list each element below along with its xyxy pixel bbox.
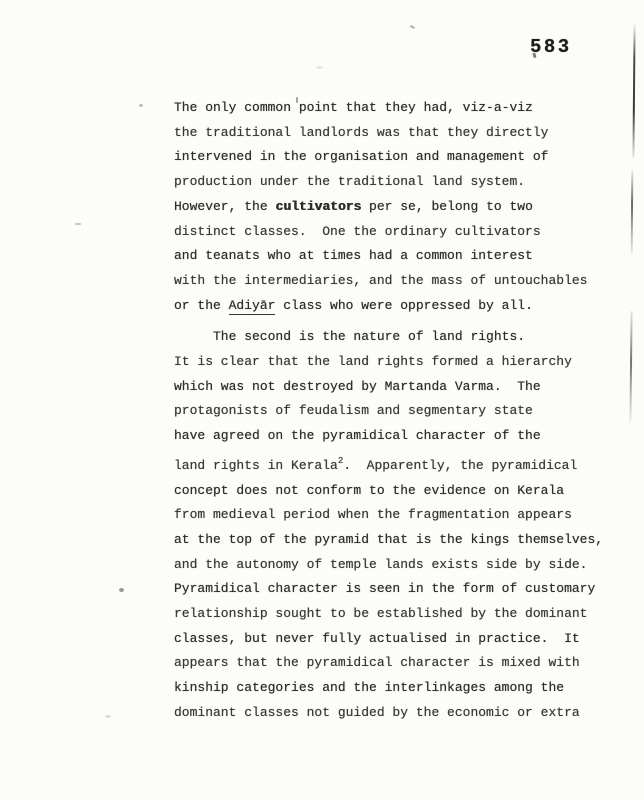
underlined-term: Adiyār bbox=[229, 298, 276, 315]
text-line: and teanats who at times had a common in… bbox=[174, 244, 604, 269]
text-segment: land rights in Kerala bbox=[174, 458, 338, 473]
scan-artifact-line bbox=[632, 24, 635, 158]
text-segment: Pyramidical character is seen in the for… bbox=[174, 581, 595, 596]
text-segment: from medieval period when the fragmentat… bbox=[174, 507, 572, 522]
text-segment: with the intermediaries, and the mass of… bbox=[174, 273, 587, 288]
text-line: land rights in Kerala2. Apparently, the … bbox=[174, 449, 604, 479]
text-segment: The second is the nature of land rights. bbox=[213, 329, 525, 344]
text-line: have agreed on the pyramidical character… bbox=[174, 424, 604, 449]
scan-artifact-line bbox=[631, 170, 633, 254]
text-segment: production under the traditional land sy… bbox=[174, 174, 525, 189]
page-number: 583 bbox=[530, 36, 572, 58]
text-line: intervened in the organisation and manag… bbox=[174, 145, 604, 170]
text-line: However, the cultivators per se, belong … bbox=[174, 195, 604, 220]
text-segment: appears that the pyramidical character i… bbox=[174, 655, 580, 670]
text-line: or the Adiyār class who were oppressed b… bbox=[174, 294, 604, 319]
scan-artifact-line bbox=[629, 311, 632, 423]
text-line: It is clear that the land rights formed … bbox=[174, 350, 604, 375]
scan-speck bbox=[119, 588, 124, 592]
text-segment: and teanats who at times had a common in… bbox=[174, 248, 533, 263]
text-line: from medieval period when the fragmentat… bbox=[174, 503, 604, 528]
text-segment: relationship sought to be established by… bbox=[174, 606, 587, 621]
text-line: dominant classes not guided by the econo… bbox=[174, 701, 604, 726]
text-segment: at the top of the pyramid that is the ki… bbox=[174, 532, 603, 547]
scan-speck bbox=[105, 715, 111, 718]
text-segment: It is clear that the land rights formed … bbox=[174, 354, 572, 369]
text-segment: . Apparently, the pyramidical bbox=[343, 458, 577, 473]
paragraph: The only common point that they had, viz… bbox=[174, 96, 604, 318]
text-segment: intervened in the organisation and manag… bbox=[174, 149, 548, 164]
text-segment: per se, belong to two bbox=[361, 199, 533, 214]
text-segment: The only common point that they had, viz… bbox=[174, 100, 533, 115]
text-segment: or the bbox=[174, 298, 229, 313]
emphasized-text: cultivators bbox=[275, 199, 361, 214]
text-line: protagonists of feudalism and segmentary… bbox=[174, 399, 604, 424]
text-line: which was not destroyed by Martanda Varm… bbox=[174, 375, 604, 400]
text-segment: distinct classes. One the ordinary culti… bbox=[174, 224, 541, 239]
scan-speck bbox=[139, 104, 143, 107]
text-segment: concept does not conform to the evidence… bbox=[174, 483, 564, 498]
text-segment: However, the bbox=[174, 199, 275, 214]
text-line: with the intermediaries, and the mass of… bbox=[174, 269, 604, 294]
paragraph: The second is the nature of land rights.… bbox=[174, 325, 604, 725]
text-segment: kinship categories and the interlinkages… bbox=[174, 680, 564, 695]
text-line: The second is the nature of land rights. bbox=[174, 325, 604, 350]
scan-speck bbox=[75, 223, 81, 225]
scan-speck bbox=[410, 25, 415, 29]
text-line: relationship sought to be established by… bbox=[174, 602, 604, 627]
text-line: classes, but never fully actualised in p… bbox=[174, 627, 604, 652]
text-segment: protagonists of feudalism and segmentary… bbox=[174, 403, 533, 418]
text-line: kinship categories and the interlinkages… bbox=[174, 676, 604, 701]
text-segment: have agreed on the pyramidical character… bbox=[174, 428, 541, 443]
text-segment: the traditional landlords was that they … bbox=[174, 125, 548, 140]
text-line: the traditional landlords was that they … bbox=[174, 121, 604, 146]
text-block: The only common point that they had, viz… bbox=[174, 96, 604, 726]
document-page: 583 The only common point that they had,… bbox=[0, 0, 644, 800]
text-line: The only common point that they had, viz… bbox=[174, 96, 604, 121]
text-line: Pyramidical character is seen in the for… bbox=[174, 577, 604, 602]
text-line: at the top of the pyramid that is the ki… bbox=[174, 528, 604, 553]
text-segment: classes, but never fully actualised in p… bbox=[174, 631, 580, 646]
text-line: appears that the pyramidical character i… bbox=[174, 651, 604, 676]
text-segment: class who were oppressed by all. bbox=[275, 298, 532, 313]
scan-speck bbox=[296, 97, 298, 103]
text-line: concept does not conform to the evidence… bbox=[174, 479, 604, 504]
scan-speck bbox=[316, 66, 323, 69]
text-segment: and the autonomy of temple lands exists … bbox=[174, 557, 587, 572]
text-line: production under the traditional land sy… bbox=[174, 170, 604, 195]
text-line: and the autonomy of temple lands exists … bbox=[174, 553, 604, 578]
text-line: distinct classes. One the ordinary culti… bbox=[174, 220, 604, 245]
text-segment: which was not destroyed by Martanda Varm… bbox=[174, 379, 541, 394]
text-segment: dominant classes not guided by the econo… bbox=[174, 705, 580, 720]
